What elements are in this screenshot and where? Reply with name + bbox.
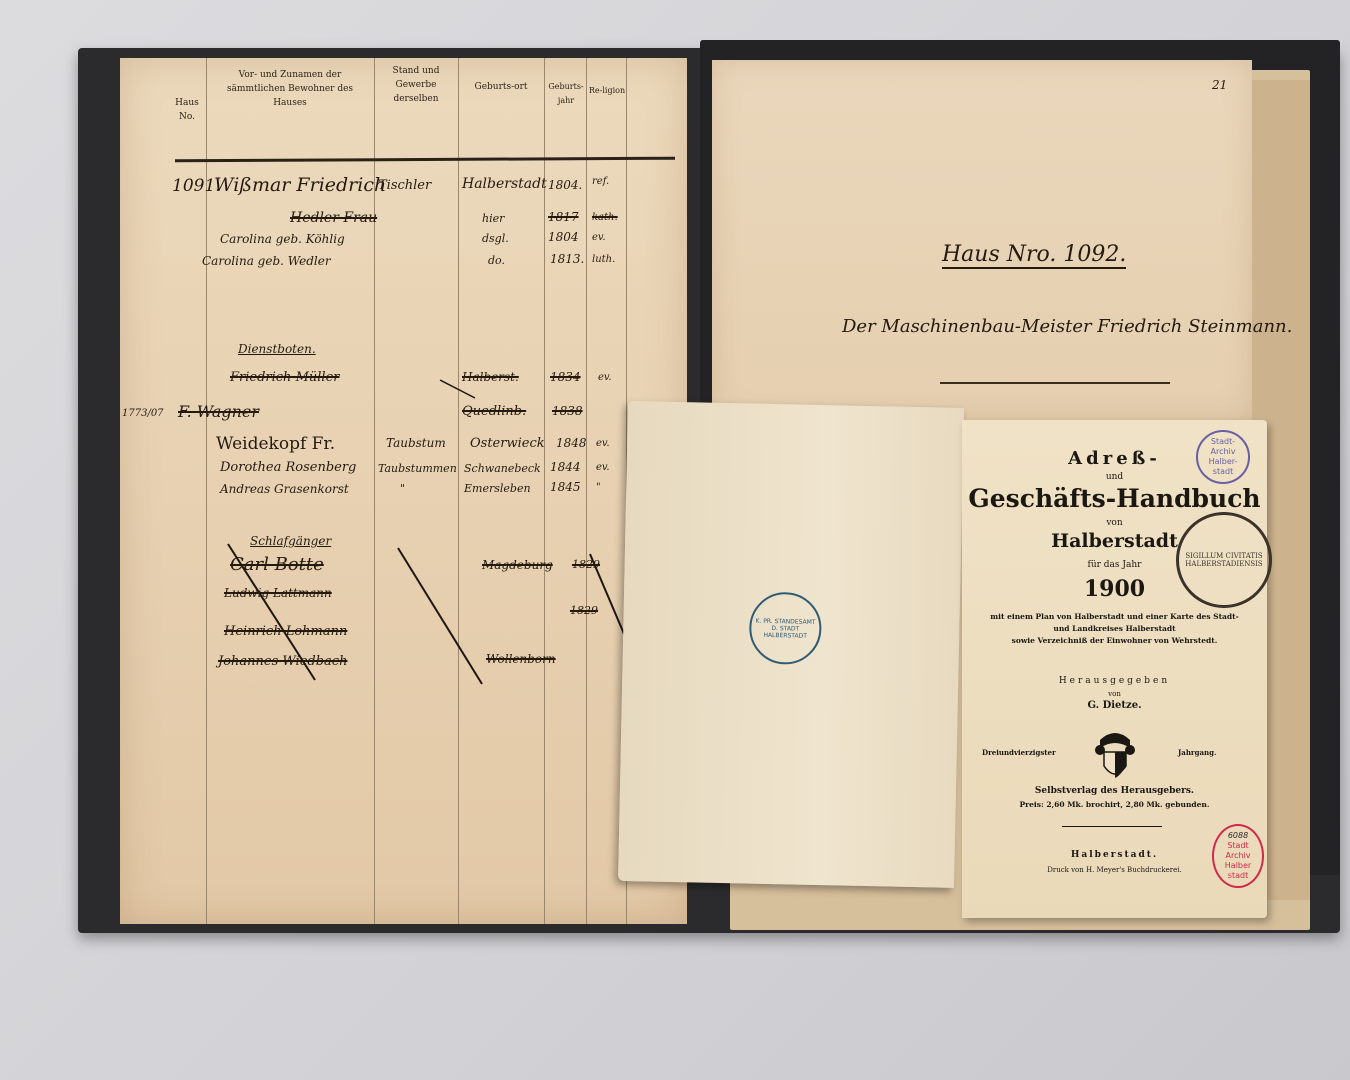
stadtarchiv-stamp-purple: Stadt- Archiv Halber- stadt: [1196, 430, 1250, 484]
herausgegeben-von: von: [962, 690, 1267, 698]
owner-line: Der Maschinenbau-Meister Friedrich Stein…: [842, 316, 1292, 337]
inventory-number: 6088: [1228, 831, 1248, 841]
booklet-back-cover: K. PR. STANDESAMT D. STADT HALBERSTADT: [618, 401, 964, 888]
left-register-page: Haus No. Vor- und Zunamen der sämmtliche…: [120, 58, 687, 924]
stamp-line: Halber: [1225, 861, 1251, 871]
ornament-rule: [1062, 826, 1162, 827]
stamp-line: Archiv: [1210, 447, 1235, 457]
seal-text: SIGILLUM CIVITATIS HALBERSTADIENSIS: [1179, 546, 1269, 574]
publisher: Selbstverlag des Herausgebers.: [962, 786, 1267, 796]
edition-left: Dreiundvierzigster: [982, 748, 1056, 757]
herausgegeben: Herausgegeben: [962, 676, 1267, 686]
stamp-text: K. PR. STANDESAMT D. STADT HALBERSTADT: [751, 617, 819, 639]
stamp-line: Halber-: [1209, 457, 1238, 467]
standesamt-stamp: K. PR. STANDESAMT D. STADT HALBERSTADT: [749, 592, 822, 665]
stamp-line: stadt: [1213, 467, 1233, 477]
city-seal-stamp: SIGILLUM CIVITATIS HALBERSTADIENSIS: [1176, 512, 1272, 608]
house-heading: Haus Nro. 1092.: [942, 242, 1126, 269]
stamp-line: stadt: [1228, 871, 1248, 881]
stamp-line: Archiv: [1225, 851, 1250, 861]
subtitle-1: mit einem Plan von Halberstadt und einer…: [962, 612, 1267, 621]
subtitle-3: sowie Verzeichniß der Einwohner von Wehr…: [962, 636, 1267, 645]
right-register-page: 21 Haus Nro. 1092. Der Maschinenbau-Meis…: [712, 60, 1252, 420]
price: Preis: 2,60 Mk. brochirt, 2,80 Mk. gebun…: [962, 800, 1267, 809]
divider-rule: [940, 382, 1170, 384]
page-number: 21: [1212, 78, 1227, 92]
coat-of-arms-icon: [1094, 726, 1136, 782]
title-line2: Geschäfts-Handbuch: [962, 484, 1267, 513]
booklet-title-page: Adreß- und Geschäfts-Handbuch von Halber…: [962, 420, 1267, 918]
stamp-line: Stadt: [1227, 841, 1248, 851]
subtitle-2: und Landkreises Halberstadt: [962, 624, 1267, 633]
stadtarchiv-stamp-red: 6088 Stadt Archiv Halber stadt: [1212, 824, 1264, 888]
editor: G. Dietze.: [962, 700, 1267, 711]
cancellation-strokes: [120, 58, 687, 924]
stamp-line: Stadt-: [1211, 437, 1235, 447]
edition-right: Jahrgang.: [1178, 748, 1216, 757]
